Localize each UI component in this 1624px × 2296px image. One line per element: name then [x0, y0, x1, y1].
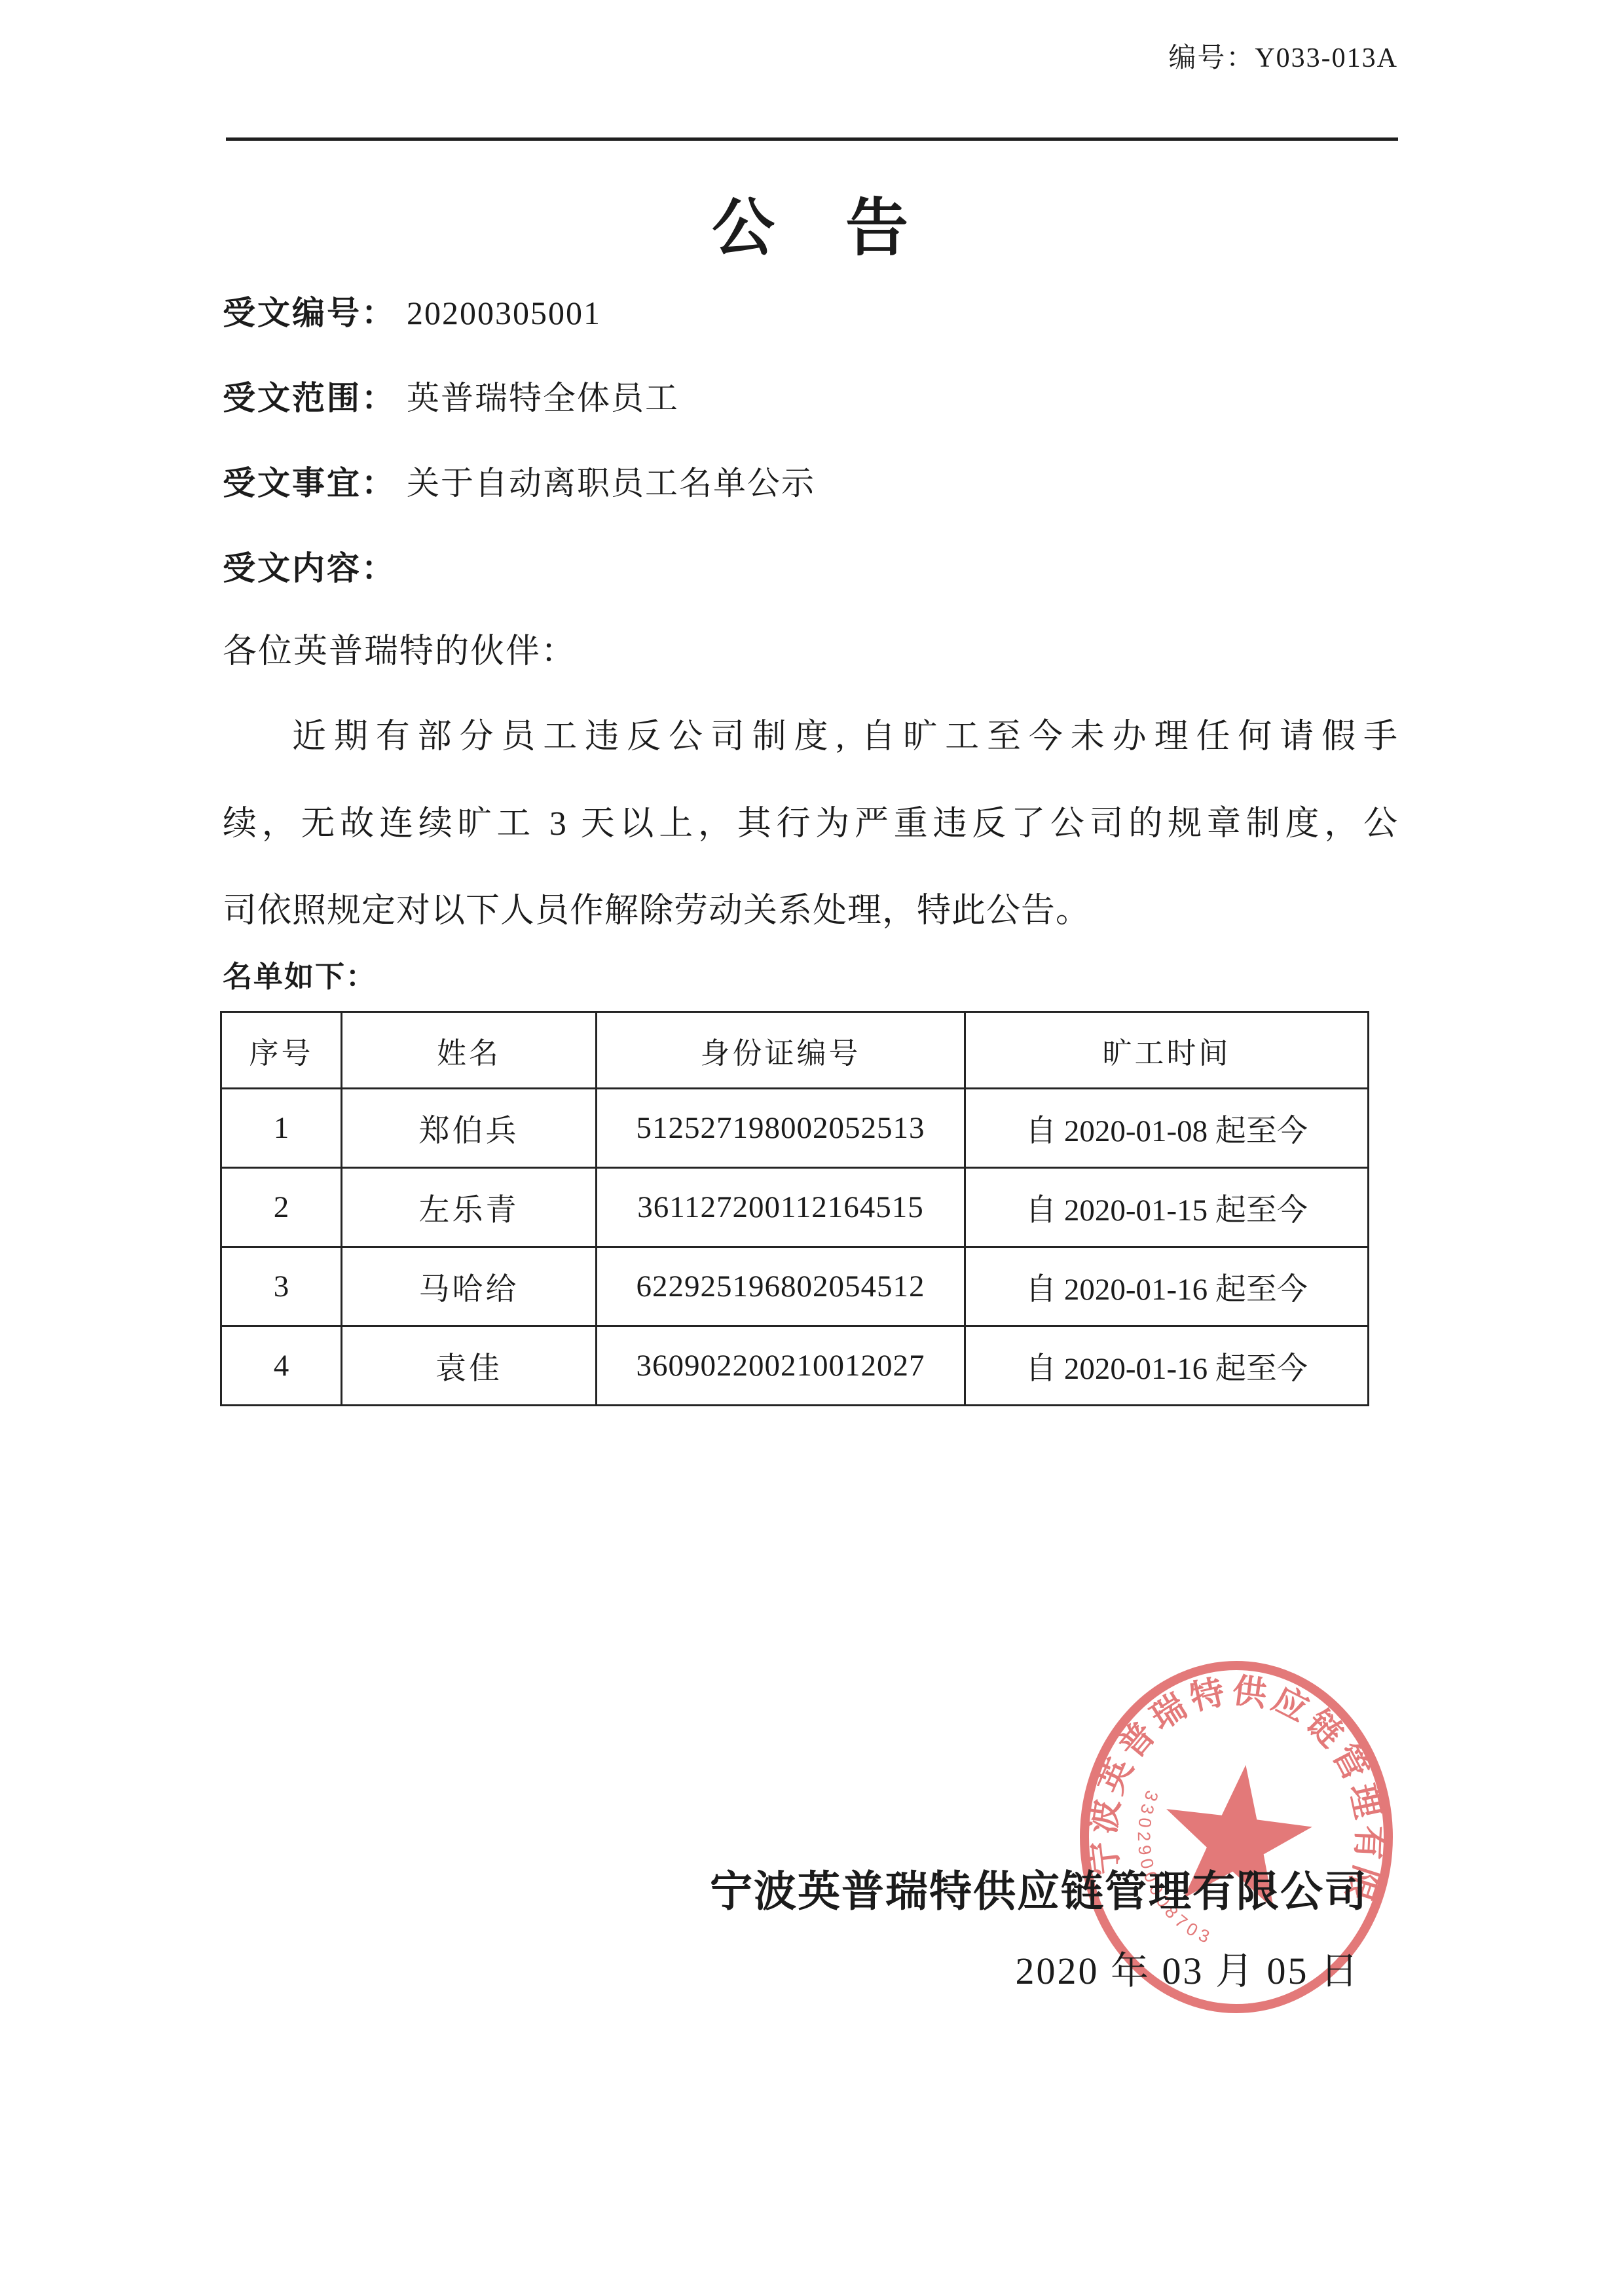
- field-doc-number-value: 20200305001: [407, 295, 601, 331]
- col-header-absence: 旷工时间: [965, 1012, 1369, 1089]
- cell-name: 袁佳: [342, 1326, 597, 1406]
- table-row: 2 左乐青 361127200112164515 自 2020-01-15 起至…: [221, 1168, 1369, 1247]
- field-doc-subject-label: 受文事宜：: [223, 465, 396, 501]
- col-header-seq: 序号: [221, 1012, 342, 1089]
- cell-absence: 自 2020-01-16 起至今: [965, 1247, 1369, 1326]
- cell-name: 左乐青: [342, 1168, 597, 1247]
- doc-ref-value: Y033-013A: [1255, 43, 1398, 73]
- field-doc-number: 受文编号：20200305001: [223, 287, 601, 334]
- cell-name: 郑伯兵: [342, 1089, 597, 1168]
- cell-name: 马哈给: [342, 1247, 597, 1326]
- field-doc-scope-label: 受文范围：: [223, 380, 396, 416]
- col-header-id: 身份证编号: [597, 1012, 965, 1089]
- body-paragraph-line: 司依照规定对以下人员作解除劳动关系处理，特此公告。: [223, 883, 1398, 932]
- cell-seq: 3: [221, 1247, 342, 1326]
- announcement-page: 编号：Y033-013A 公 告 受文编号：20200305001 受文范围：英…: [0, 0, 1624, 2296]
- signature-date: 2020 年 03 月 05 日: [1015, 1940, 1360, 1995]
- cell-absence: 自 2020-01-15 起至今: [965, 1168, 1369, 1247]
- table-row: 1 郑伯兵 512527198002052513 自 2020-01-08 起至…: [221, 1089, 1369, 1168]
- field-doc-subject-value: 关于自动离职员工名单公示: [407, 465, 815, 501]
- cell-absence: 自 2020-01-16 起至今: [965, 1326, 1369, 1406]
- body-paragraph-line: 近期有部分员工违反公司制度, 自旷工至今未办理任何请假手: [223, 708, 1398, 757]
- field-doc-subject: 受文事宜：关于自动离职员工名单公示: [223, 457, 815, 504]
- table-row: 4 袁佳 360902200210012027 自 2020-01-16 起至今: [221, 1326, 1369, 1406]
- cell-id: 361127200112164515: [597, 1168, 965, 1247]
- cell-seq: 4: [221, 1326, 342, 1406]
- cell-seq: 2: [221, 1168, 342, 1247]
- field-doc-number-label: 受文编号：: [223, 295, 396, 331]
- salutation: 各位英普瑞特的伙伴：: [223, 623, 576, 672]
- header-divider: [226, 137, 1398, 141]
- doc-ref-number: 编号：Y033-013A: [1168, 36, 1398, 75]
- cell-seq: 1: [221, 1089, 342, 1168]
- cell-absence: 自 2020-01-08 起至今: [965, 1089, 1369, 1168]
- cell-id: 512527198002052513: [597, 1089, 965, 1168]
- field-doc-scope-value: 英普瑞特全体员工: [407, 380, 679, 416]
- field-doc-content: 受文内容：: [223, 542, 407, 589]
- col-header-name: 姓名: [342, 1012, 597, 1089]
- field-doc-content-label: 受文内容：: [223, 550, 396, 587]
- signature-company-name: 宁波英普瑞特供应链管理有限公司: [710, 1857, 1368, 1918]
- dismissed-employees-table: 序号 姓名 身份证编号 旷工时间 1 郑伯兵 51252719800205251…: [220, 1011, 1369, 1406]
- cell-id: 360902200210012027: [597, 1326, 965, 1406]
- cell-id: 622925196802054512: [597, 1247, 965, 1326]
- page-title: 公 告: [0, 178, 1624, 268]
- doc-ref-label: 编号：: [1168, 43, 1255, 73]
- body-paragraph-line: 续，无故连续旷工 3 天以上，其行为严重违反了公司的规章制度，公: [223, 795, 1398, 845]
- list-intro: 名单如下：: [223, 953, 377, 995]
- table-header-row: 序号 姓名 身份证编号 旷工时间: [221, 1012, 1369, 1089]
- field-doc-scope: 受文范围：英普瑞特全体员工: [223, 372, 679, 419]
- table-row: 3 马哈给 622925196802054512 自 2020-01-16 起至…: [221, 1247, 1369, 1326]
